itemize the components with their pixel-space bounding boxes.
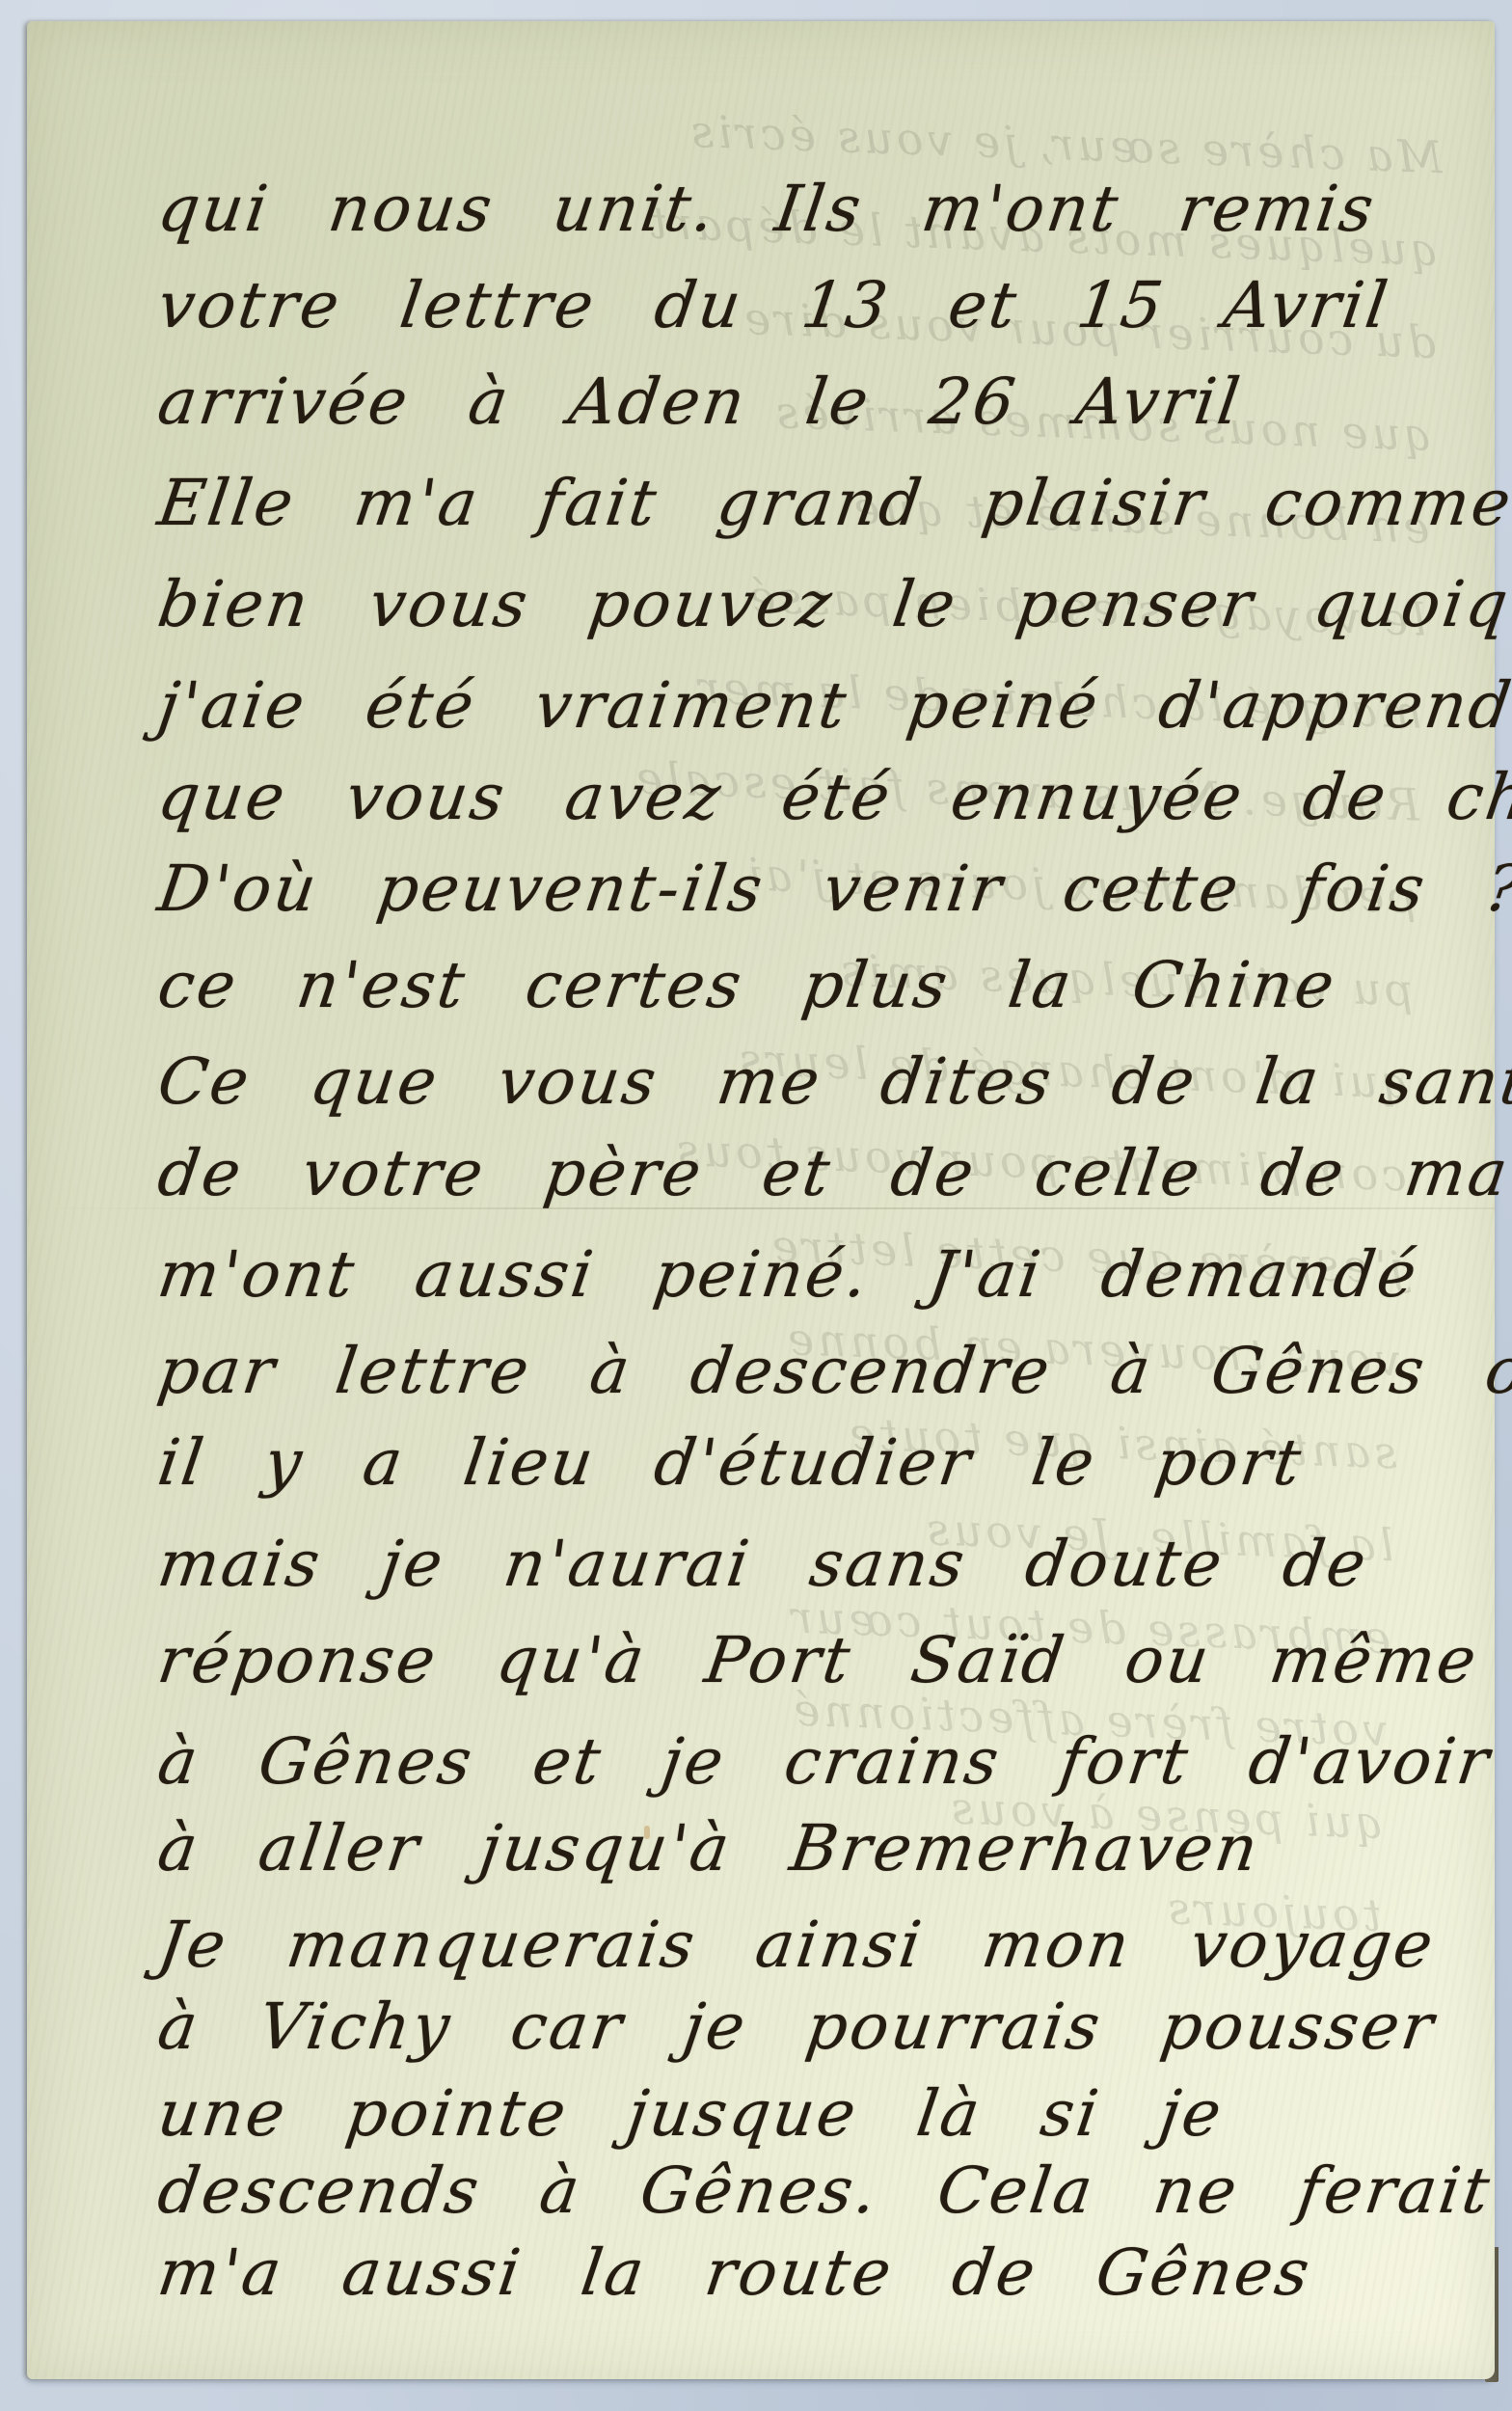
letter-line-3: arrivée à Aden le 26 Avril bbox=[154, 338, 1473, 434]
letter-line-9: ce n'est certes plus la Chine bbox=[154, 921, 1473, 1017]
letter-line-1: qui nous unit. Ils m'ont remis bbox=[154, 145, 1473, 241]
letter-line-6: j'aie été vraiment peiné d'apprendre bbox=[154, 641, 1473, 738]
letter-line-20: à Vichy car je pourrais pousser bbox=[154, 1963, 1473, 2059]
letter-line-15: mais je n'aurai sans doute de bbox=[154, 1500, 1473, 1596]
letter-line-17: à Gênes et je crains fort d'avoir bbox=[154, 1697, 1473, 1794]
letter-body: qui nous unit. Ils m'ont remis votre let… bbox=[0, 0, 1512, 2411]
letter-line-12: m'ont aussi peiné. J'ai demandé bbox=[154, 1210, 1473, 1307]
letter-line-8: D'où peuvent-ils venir cette fois ? bbox=[154, 825, 1473, 921]
letter-line-14: il y a lieu d'étudier le port bbox=[154, 1398, 1473, 1495]
letter-line-5: bien vous pouvez le penser quoique bbox=[154, 540, 1473, 637]
letter-line-4: Elle m'a fait grand plaisir comme bbox=[154, 439, 1473, 535]
letter-line-11: de votre père et de celle de ma nièce bbox=[154, 1109, 1473, 1205]
letter-line-2: votre lettre du 13 et 15 Avril bbox=[154, 241, 1473, 338]
letter-line-10: Ce que vous me dites de la santé bbox=[154, 1017, 1473, 1114]
letter-line-7: que vous avez été ennuyée de choses bbox=[154, 733, 1473, 829]
paper-stain bbox=[644, 1826, 650, 1839]
letter-line-18: à aller jusqu'à Bremerhaven bbox=[154, 1784, 1473, 1881]
letter-line-16: réponse qu'à Port Saïd ou même bbox=[154, 1596, 1473, 1693]
letter-line-13: par lettre à descendre à Gênes où bbox=[154, 1307, 1473, 1403]
letter-line-23: m'a aussi la route de Gênes bbox=[154, 2208, 1473, 2305]
